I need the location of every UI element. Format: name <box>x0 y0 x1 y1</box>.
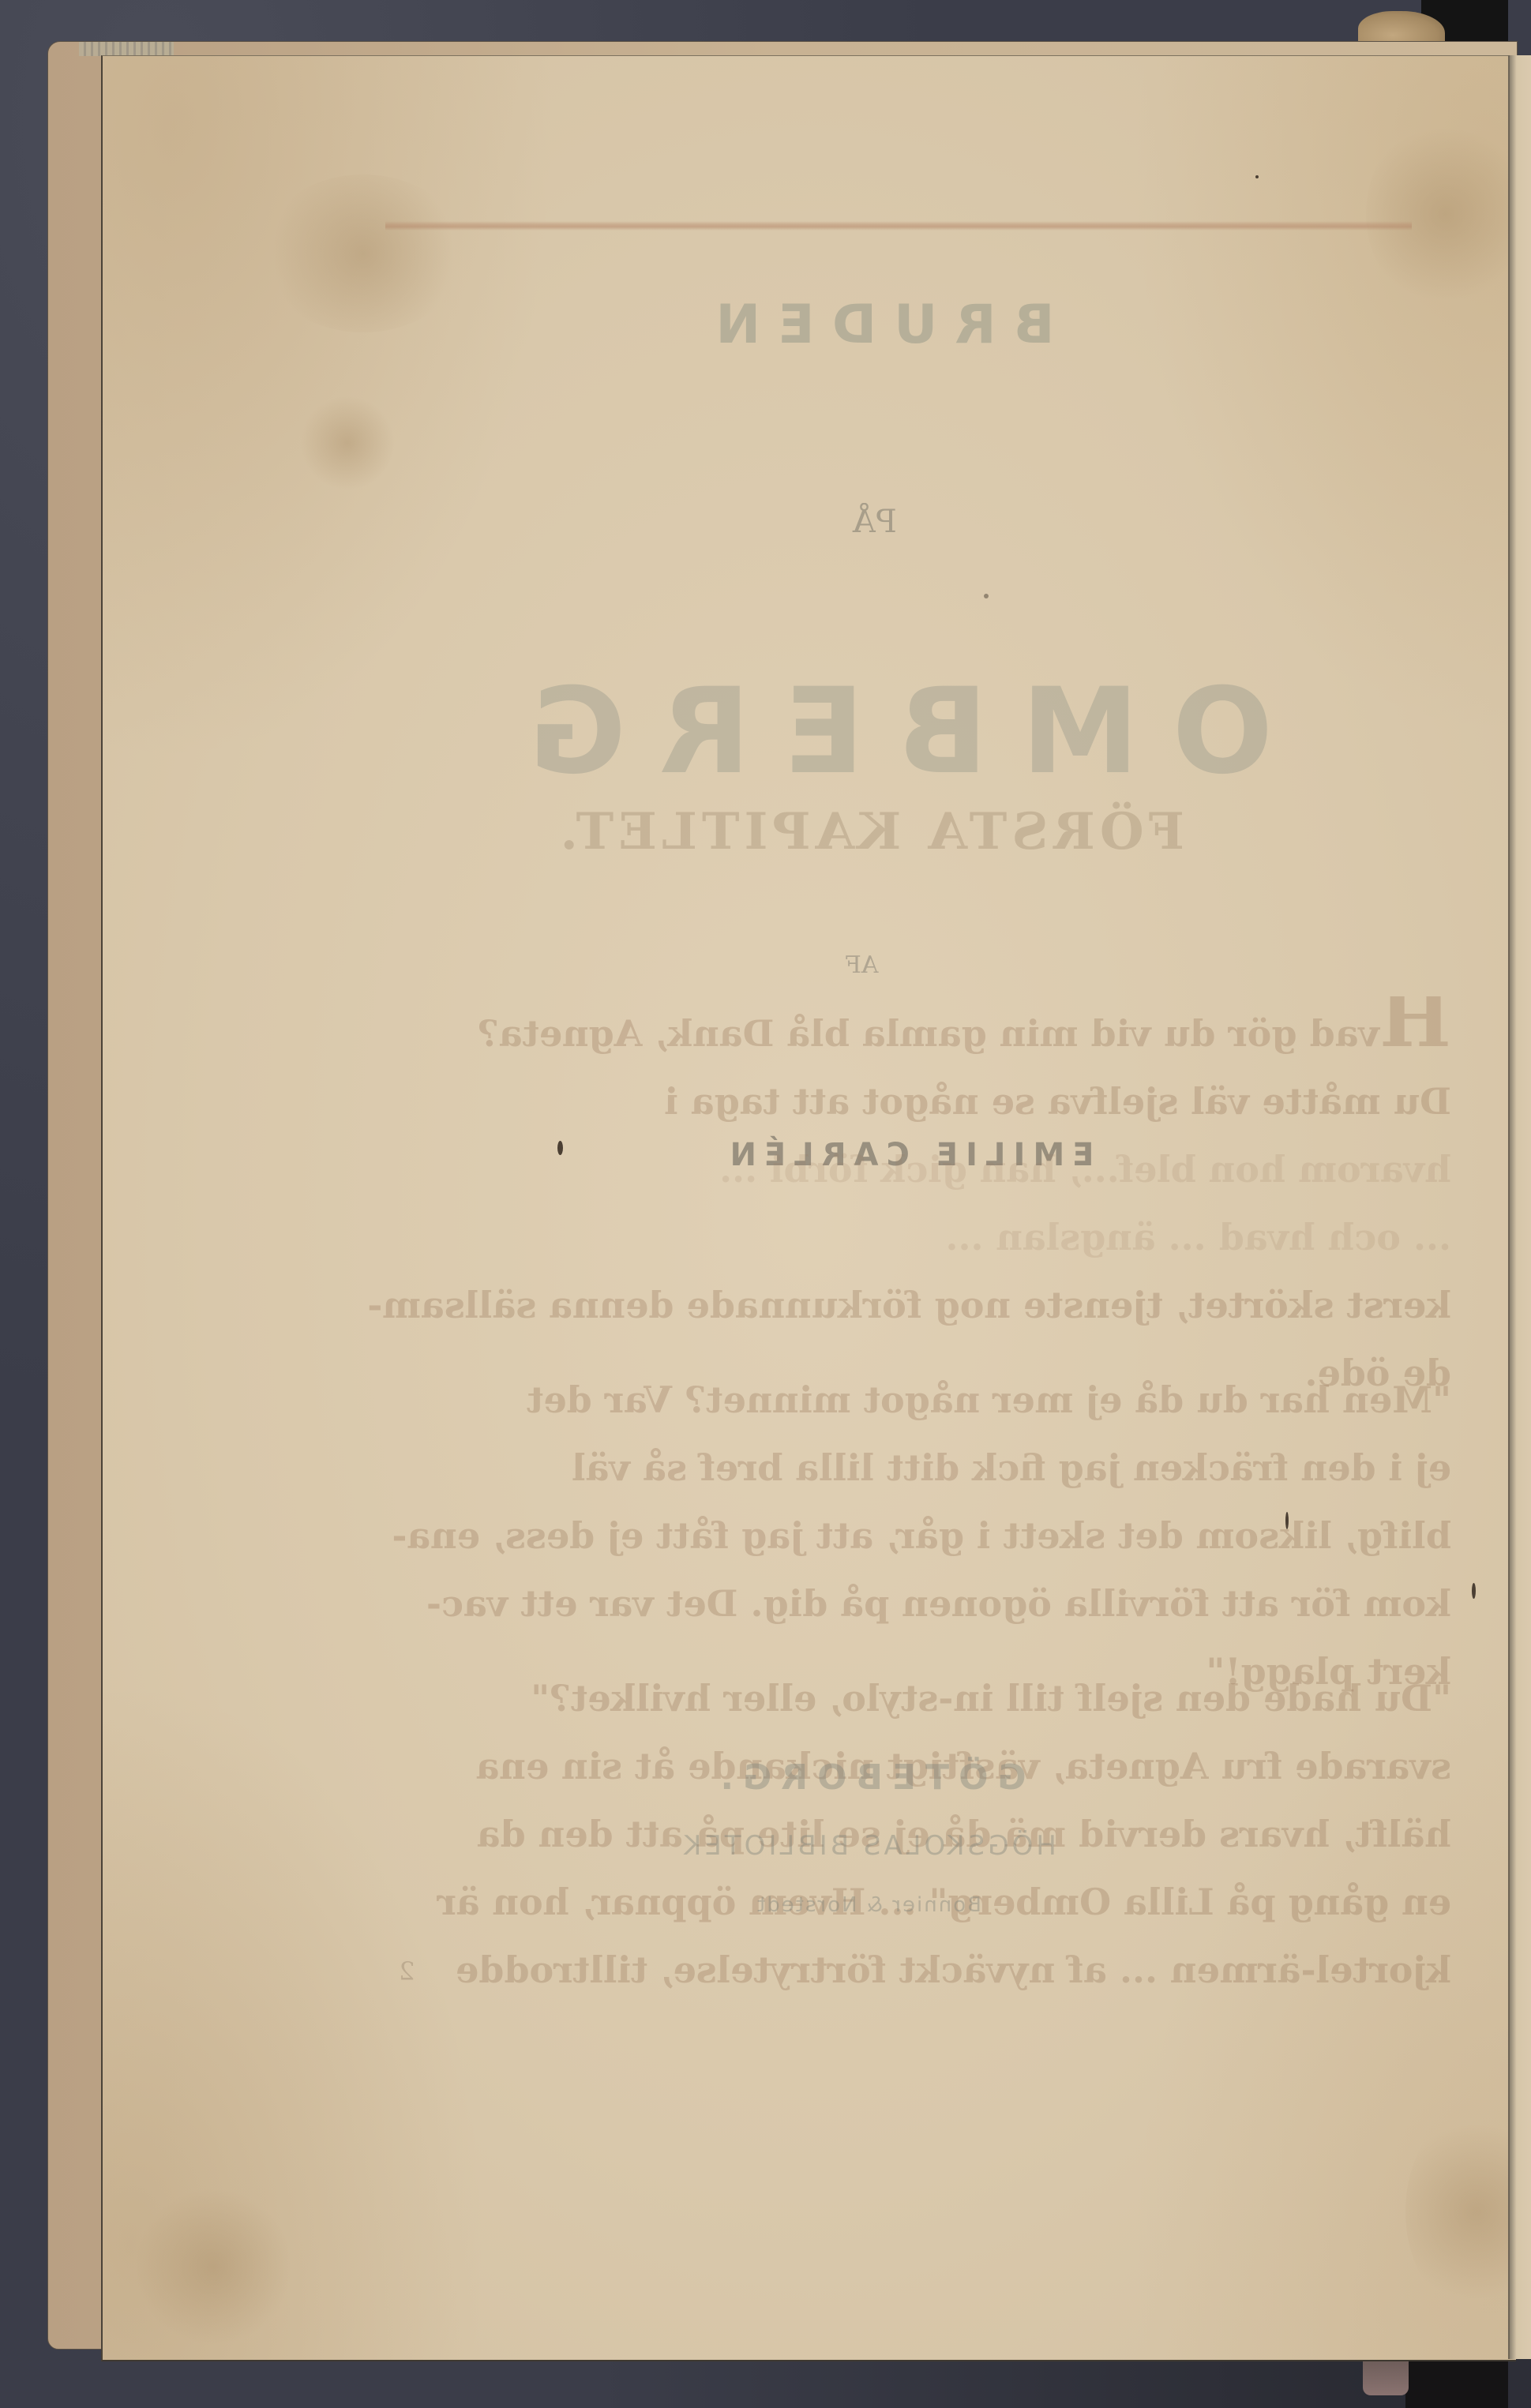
bleed-rule-line <box>385 221 1412 231</box>
paper-fleck <box>1472 1583 1476 1599</box>
bleed-pa-mark: PÅ <box>853 504 897 540</box>
bleed-text-line: ej i den fräcken jag fick ditt lilla bre… <box>330 1434 1451 1502</box>
foxing-stain <box>134 2188 292 2346</box>
bleed-text-line: hvarom hon blef..., han gick förbi ... <box>330 1135 1451 1203</box>
bleed-text: vad gör du vid min gamla blå Dank, Agnet… <box>478 1012 1379 1055</box>
bleed-text-line: Du måtte väl sjelfva se något att taga i <box>330 1067 1451 1135</box>
bleed-imprint-publisher: Bonnier & Norstedt <box>624 1893 1113 1917</box>
bleed-page-number: 2 <box>399 1956 415 1986</box>
bleed-imprint-city: GÖTEBORG. <box>624 1757 1113 1798</box>
binding-clasp-bottom <box>1363 2361 1409 2395</box>
foxing-stain <box>261 174 466 332</box>
bleed-af-mark: AF <box>845 951 878 979</box>
bleed-heading-small: BRUDEN <box>671 294 1082 356</box>
bleed-chapter-heading: FÖRSTA KAPITLET. <box>616 802 1184 861</box>
foxing-stain <box>300 396 395 490</box>
bleed-paragraph-1: Hvad gör du vid min gamla blå Dank, Agne… <box>330 996 1451 1407</box>
bleed-imprint-library: HÖGSKOLAS BIBLIOTEK <box>624 1830 1113 1862</box>
bleed-text-line: "Du hade den sjelf till in-stylo, eller … <box>330 1664 1451 1732</box>
bleed-heading-large: OMBERG <box>474 663 1295 801</box>
binding-slot-bottom <box>1405 2361 1508 2408</box>
bleed-text-line: kjortel-ärmen ... af nyväckt förtrytelse… <box>330 1936 1451 2004</box>
bleed-paragraph-2: "Men har du då ej mer något minnet? Var … <box>330 1366 1451 1705</box>
paper-fleck <box>984 594 989 598</box>
underlying-page-edge-mark <box>79 42 174 56</box>
paper-fleck <box>1255 175 1259 178</box>
bleed-text-line: "Men har du då ej mer något minnet? Var … <box>330 1366 1451 1434</box>
page-right-edge <box>1508 55 1531 2359</box>
bleed-text-line: Hvad gör du vid min gamla blå Dank, Agne… <box>330 996 1451 1067</box>
bleed-text-line: kom för att förvilla ögonen på dig. Det … <box>330 1570 1451 1637</box>
bleed-dropcap: H <box>1379 996 1451 1064</box>
foxing-stain <box>1366 119 1524 309</box>
bleed-text-line: blifg, liksom det skett i går, att jag f… <box>330 1502 1451 1570</box>
bleed-text-line: ... och hvad ... ängslan ... <box>330 1203 1451 1271</box>
bleed-text-line: kerst skörtet, tjenste nog förkunnade de… <box>330 1271 1451 1339</box>
